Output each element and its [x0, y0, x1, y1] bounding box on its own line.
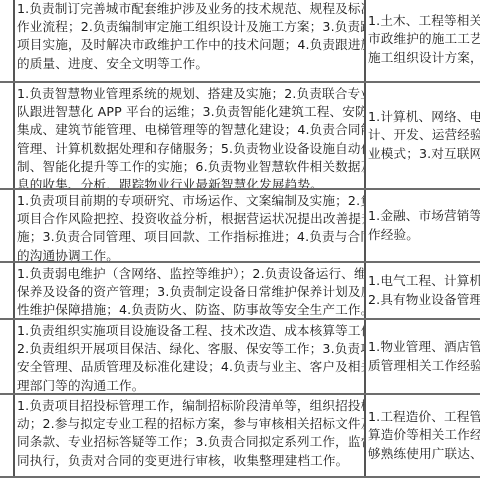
requirement-line: 1.电气工程、计算机科 [368, 272, 480, 290]
row-label-cell [0, 83, 15, 188]
duty-line: 集成、建筑节能管理、电梯管理等的智慧化建设；4.负责合同能源 [17, 121, 364, 139]
requirement-line: 1.金融、市场营销等相 [368, 207, 480, 225]
duty-line: 1.负责项目前期的专项研究、市场运作、文案编制及实施；2.负责 [17, 192, 364, 210]
duty-line: 1.负责制订完善城市配套维护涉及业务的技术规范、规程及标准化 [17, 0, 364, 18]
duties-cell: 1.负责制订完善城市配套维护涉及业务的技术规范、规程及标准化 作业流程；2.负责… [15, 0, 366, 81]
requirement-line: 1.物业管理、酒店管理 [368, 338, 480, 356]
table-row: 1.负责项目前期的专项研究、市场运作、文案编制及实施；2.负责 项目合作风险把控… [0, 190, 480, 263]
job-requirements-table: 1.负责制订完善城市配套维护涉及业务的技术规范、规程及标准化 作业流程；2.负责… [0, 0, 480, 478]
duties-cell: 1.负责项目前期的专项研究、市场运作、文案编制及实施；2.负责 项目合作风险把控… [15, 190, 366, 261]
table-row: 1.负责制订完善城市配套维护涉及业务的技术规范、规程及标准化 作业流程；2.负责… [0, 0, 480, 83]
duties-cell: 1.负责智慧物业管理系统的规划、搭建及实施；2.负责联合专业团 队跟进智慧化 A… [15, 83, 366, 188]
duty-line: 1.负责智慧物业管理系统的规划、搭建及实施；2.负责联合专业团 [17, 85, 364, 103]
requirement-line: 2.具有物业设备管理或 [368, 291, 480, 309]
requirement-line: 够熟练使用广联达、o [368, 445, 480, 463]
requirement-line: 1.土木、工程等相关专业 [368, 12, 480, 30]
duty-line: 理部门等的沟通工作。 [17, 377, 364, 393]
duty-line: 1.负责项目招投标管理工作，编制招标阶段清单等，组织招投标活 [17, 397, 364, 415]
row-label-cell [0, 0, 15, 81]
duty-line: 同执行，负责对合同的变更进行审核，收集整理建档工作。 [17, 452, 364, 470]
requirements-cell: 1.土木、工程等相关专业 市政维护的施工工艺、 施工组织设计方案，处 [366, 0, 480, 81]
duty-line: 安全管理、品质管理及标准化建设；4.负责与业主、客户及相关管 [17, 358, 364, 376]
row-label-cell [0, 395, 15, 476]
duty-line: 1.负责组织实施项目设施设备工程、技术改造、成本核算等工作； [17, 322, 364, 340]
duty-line: 性维护保障措施；4.负责防火、防盗、防事故等安全生产工作。 [17, 301, 364, 318]
table-row: 1.负责项目招投标管理工作，编制招标阶段清单等，组织招投标活 动；2.参与拟定专… [0, 395, 480, 478]
table-row: 1.负责弱电维护（含网络、监控等维护）；2.负责设备运行、维护、 保养及设备的资… [0, 263, 480, 320]
duty-line: 项目实施，及时解决市政维护工作中的技术问题；4.负责跟进施工 [17, 36, 364, 54]
duty-line: 1.负责弱电维护（含网络、监控等维护）；2.负责设备运行、维护、 [17, 265, 364, 283]
duty-line: 保养及设备的资产管理；3.负责制定设备日常维护保养计划及应急 [17, 283, 364, 301]
table-row: 1.负责组织实施项目设施设备工程、技术改造、成本核算等工作； 2.负责组织开展项… [0, 320, 480, 395]
requirement-line: 计、开发、运营经验， [368, 126, 480, 144]
requirement-line: 作经验。 [368, 226, 480, 244]
row-label-cell [0, 263, 15, 318]
requirement-line: 业模式；3.对互联网格 [368, 145, 480, 163]
duty-line: 队跟进智慧化 APP 平台的运维；3.负责智能化建筑工程、安防系统 [17, 103, 364, 121]
duty-line: 项目合作风险把控、投资收益分析，根据营运状况提出改善提升措 [17, 210, 364, 228]
requirements-cell: 1.工程造价、工程管理 算造价等相关工作经验 够熟练使用广联达、o [366, 395, 480, 476]
duties-cell: 1.负责弱电维护（含网络、监控等维护）；2.负责设备运行、维护、 保养及设备的资… [15, 263, 366, 318]
duty-line: 作业流程；2.负责编制审定施工组织设计及施工方案；3.负责跟进 [17, 18, 364, 36]
duties-cell: 1.负责项目招投标管理工作，编制招标阶段清单等，组织招投标活 动；2.参与拟定专… [15, 395, 366, 476]
duty-line: 制、智能化提升等工作的实施；6.负责物业智慧软件相关数据及信 [17, 158, 364, 176]
table-row: 1.负责智慧物业管理系统的规划、搭建及实施；2.负责联合专业团 队跟进智慧化 A… [0, 83, 480, 190]
duty-line: 的质量、进度、安全文明等工作。 [17, 55, 364, 73]
requirements-cell: 1.金融、市场营销等相 作经验。 [366, 190, 480, 261]
duty-line: 2.负责组织开展项目保洁、绿化、客服、保安等工作；3.负责项目 [17, 340, 364, 358]
requirement-line: 质管理相关工作经验。 [368, 357, 480, 375]
duty-line: 息的收集、分析，跟踪物业行业最新智慧化发展趋势。 [17, 176, 364, 188]
duty-line: 动；2.参与拟定专业工程的招标方案，参与审核相关招标文件及合 [17, 415, 364, 433]
duty-line: 施；3.负责合同管理、项目回款、工作指标推进；4.负责与合同方 [17, 228, 364, 246]
requirement-line: 1.计算机、网络、电子 [368, 108, 480, 126]
requirement-line: 施工组织设计方案，处 [368, 49, 480, 67]
row-label-cell [0, 190, 15, 261]
requirement-line: 1.工程造价、工程管理 [368, 408, 480, 426]
requirement-line: 市政维护的施工工艺、 [368, 30, 480, 48]
row-label-cell [0, 320, 15, 393]
duty-line: 的沟通协调工作。 [17, 247, 364, 261]
duty-line: 管理、计算机数据处理和存储服务；5.负责物业设备设施自动化控 [17, 140, 364, 158]
requirement-line: 算造价等相关工作经验 [368, 426, 480, 444]
duties-cell: 1.负责组织实施项目设施设备工程、技术改造、成本核算等工作； 2.负责组织开展项… [15, 320, 366, 393]
requirements-cell: 1.计算机、网络、电子 计、开发、运营经验， 业模式；3.对互联网格 [366, 83, 480, 188]
requirements-cell: 1.物业管理、酒店管理 质管理相关工作经验。 [366, 320, 480, 393]
duty-line: 同条款、专业招标答疑等工作；3.负责合同拟定系列工作，监督合 [17, 433, 364, 451]
requirements-cell: 1.电气工程、计算机科 2.具有物业设备管理或 [366, 263, 480, 318]
